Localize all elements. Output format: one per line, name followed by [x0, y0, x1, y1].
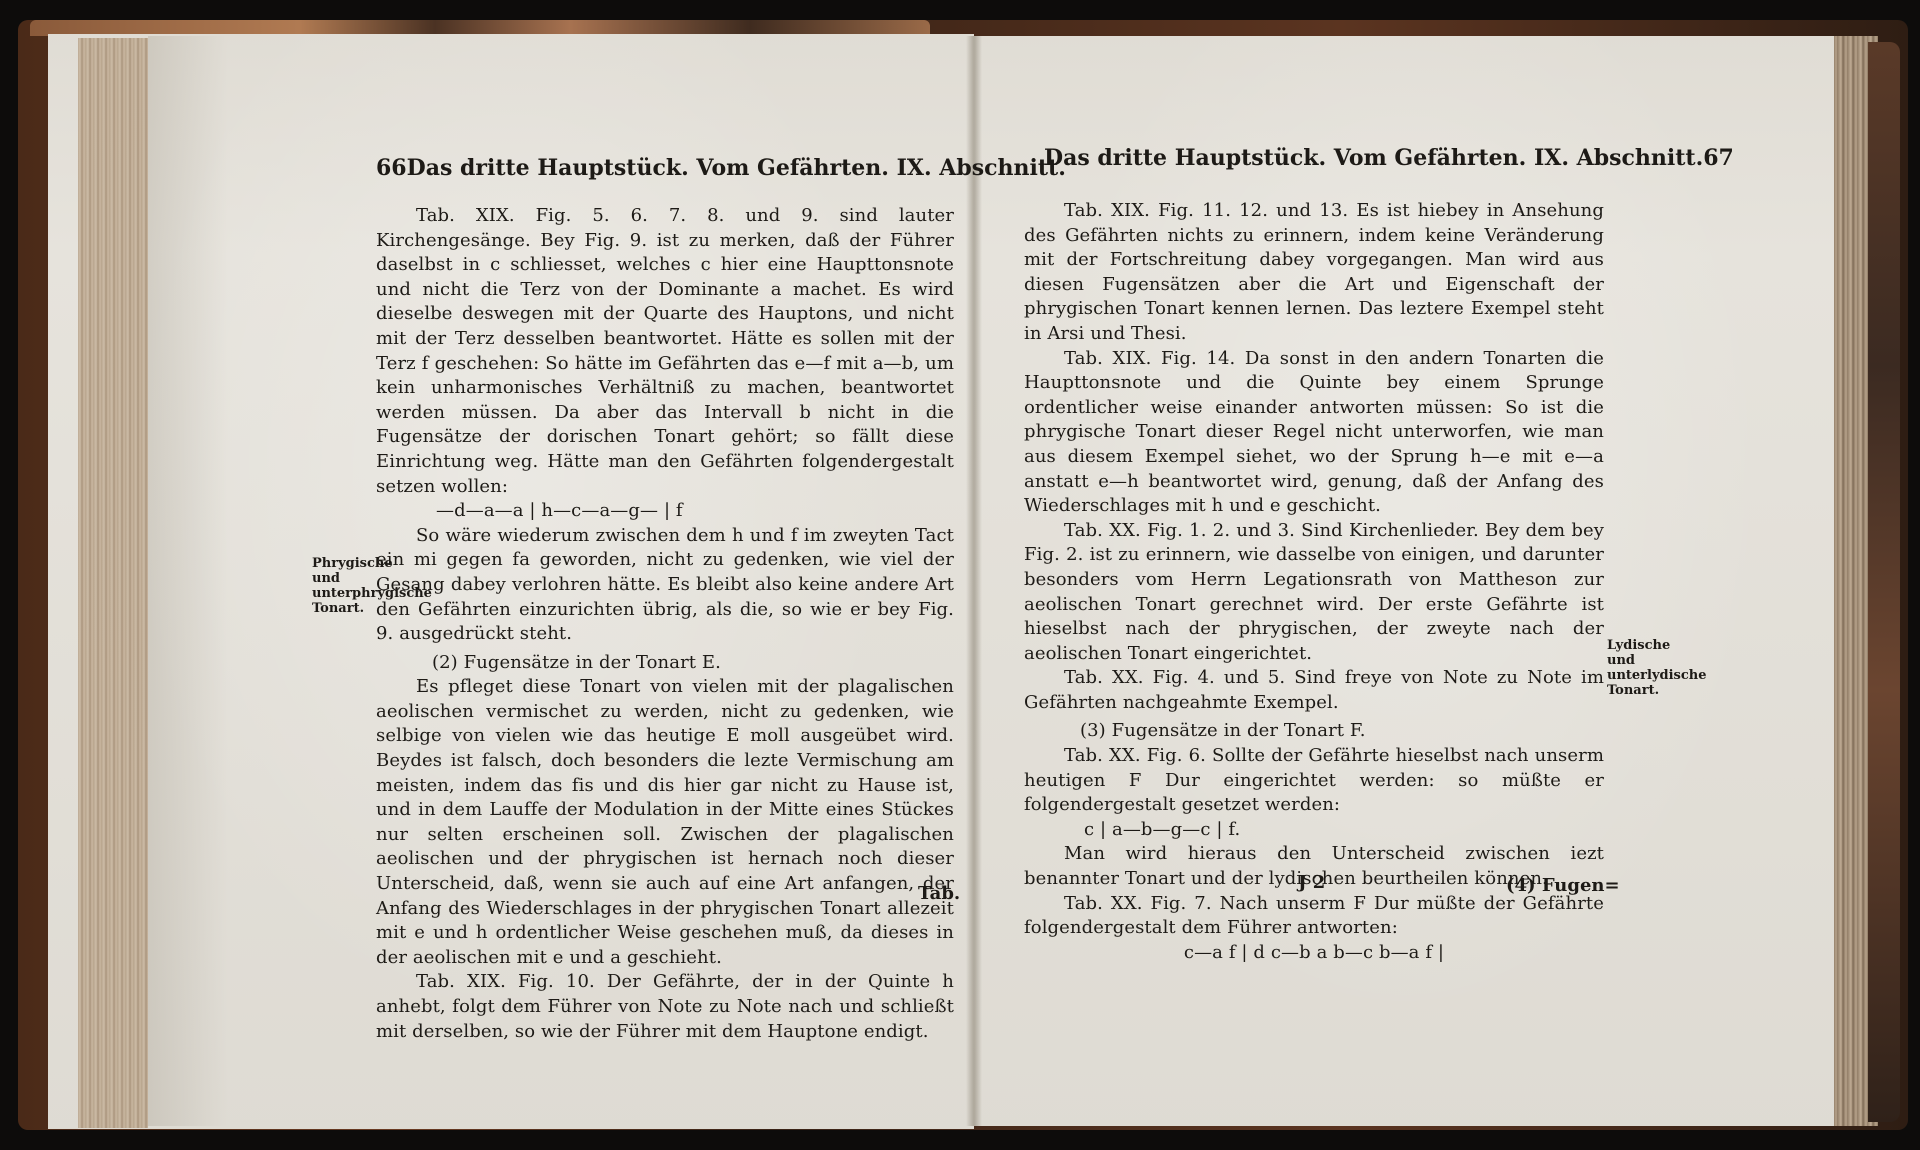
right-page-body: Tab. XIX. Fig. 11. 12. und 13. Es ist hi…: [1024, 199, 1604, 965]
paragraph: Tab. XX. Fig. 4. und 5. Sind freye von N…: [1024, 666, 1604, 715]
music-notation-line: c | a—b—g—c | f.: [1024, 818, 1604, 843]
paragraph: Tab. XIX. Fig. 10. Der Gefährte, der in …: [376, 970, 954, 1044]
paragraph: Tab. XIX. Fig. 14. Da sonst in den ander…: [1024, 347, 1604, 519]
page-shadow: [148, 36, 228, 1126]
paragraph: Tab. XIX. Fig. 5. 6. 7. 8. und 9. sind l…: [376, 204, 954, 499]
paragraph: Es pfleget diese Tonart von vielen mit d…: [376, 675, 954, 970]
right-running-head: Das dritte Hauptstück. Vom Gefährten. IX…: [1044, 145, 1592, 171]
music-notation-line: c—a f | d c—b a b—c b—a f |: [1024, 941, 1604, 966]
left-running-head: 66 Das dritte Hauptstück. Vom Gefährten.…: [376, 155, 924, 181]
left-catchword: Tab.: [918, 883, 960, 904]
paragraph: Tab. XX. Fig. 7. Nach unserm F Dur müßte…: [1024, 892, 1604, 941]
page-edges-left: [78, 38, 148, 1128]
right-page-number: 67: [1703, 145, 1734, 171]
book-gutter: [966, 36, 982, 1126]
left-page-number: 66: [376, 155, 407, 181]
right-margin-note: Lydische und unterlydische Tonart.: [1607, 638, 1677, 698]
music-notation-line: —d—a—a | h—c—a—g— | f: [376, 499, 954, 524]
right-running-head-title: Das dritte Hauptstück. Vom Gefährten. IX…: [1044, 145, 1703, 171]
book-binding-right: [1868, 42, 1900, 1122]
paragraph: Tab. XX. Fig. 6. Sollte der Gefährte hie…: [1024, 744, 1604, 818]
section-heading: (3) Fugensätze in der Tonart F.: [1024, 719, 1604, 744]
section-heading: (2) Fugensätze in der Tonart E.: [376, 651, 954, 676]
paragraph: Tab. XX. Fig. 1. 2. und 3. Sind Kirchenl…: [1024, 519, 1604, 667]
left-page-body: Tab. XIX. Fig. 5. 6. 7. 8. und 9. sind l…: [376, 204, 954, 1044]
paragraph: Tab. XIX. Fig. 11. 12. und 13. Es ist hi…: [1024, 199, 1604, 347]
left-running-head-title: Das dritte Hauptstück. Vom Gefährten. IX…: [407, 155, 1066, 181]
paragraph: So wäre wiederum zwischen dem h und f im…: [376, 524, 954, 647]
left-margin-note: Phrygische und unterphrygische Tonart.: [312, 556, 382, 616]
right-catchword: (4) Fugen=: [1506, 875, 1620, 896]
signature-mark: J 2: [1298, 872, 1325, 893]
